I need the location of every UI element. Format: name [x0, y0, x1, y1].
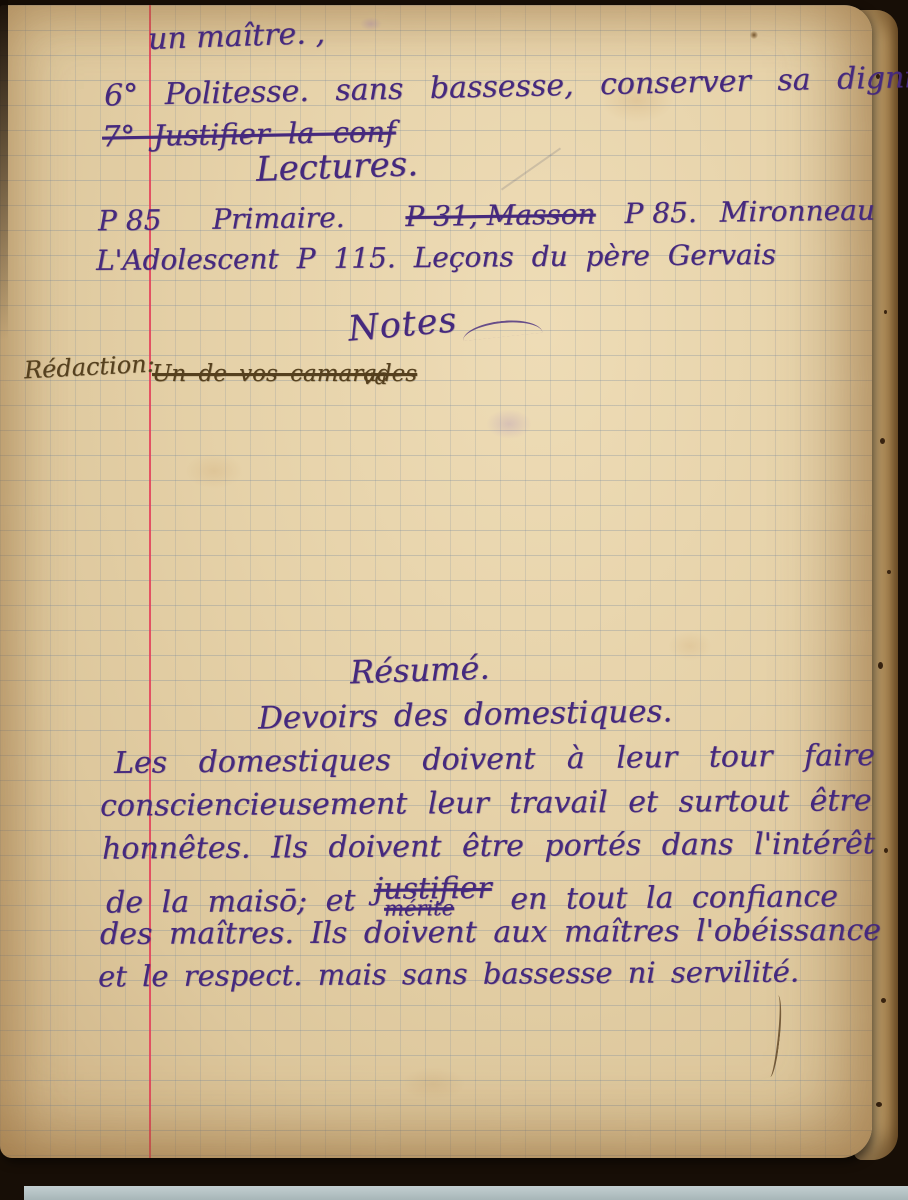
redaction-label: Rédaction:	[23, 350, 155, 385]
lectures-book-name-2: Mironneau	[719, 194, 875, 229]
edge-speck	[887, 570, 891, 574]
resume-body-line-2: consciencieusement leur travail et surto…	[100, 783, 872, 823]
paper-stain	[668, 631, 712, 661]
lectures-entry-2: L'Adolescent P 115. Leçons du père Gerva…	[96, 238, 776, 277]
paper-stain	[400, 1067, 466, 1101]
lectures-title: Lectures.	[255, 144, 418, 190]
resume-body-line-1: Les domestiques doivent à leur tour fair…	[114, 738, 875, 781]
edge-speck	[884, 310, 887, 314]
lectures-book-name: Primaire.	[212, 201, 345, 236]
resume-body-line-5: des maîtres. Ils doivent aux maîtres l'o…	[100, 913, 881, 952]
lectures-page-ref: P 85	[98, 204, 162, 238]
edge-speck	[884, 848, 888, 853]
binding-shadow	[0, 0, 8, 340]
line4-after: en tout la confiance	[510, 879, 838, 917]
ink-smudge	[360, 17, 382, 31]
edge-speck	[878, 662, 883, 669]
line4-correction-stack: justifiermérite	[374, 877, 492, 918]
lectures-struck-ref: P 31, Masson	[405, 197, 596, 233]
notes-title: Notes	[346, 300, 459, 349]
resume-body-line-6: et le respect. mais sans bassesse ni ser…	[98, 955, 799, 994]
resume-body-line-4: de la maisō; et justifiermérite en tout …	[106, 868, 838, 921]
ink-squiggle	[763, 995, 785, 1078]
ink-spot	[750, 31, 758, 39]
edge-speck	[876, 1102, 882, 1107]
edge-speck	[880, 438, 885, 444]
lectures-entry-1: P 85 Primaire. P 31, Masson P 85. Mironn…	[98, 194, 875, 238]
resume-body-line-3: honnêtes. Ils doivent être portés dans l…	[102, 826, 875, 866]
lectures-page-ref-2: P 85.	[624, 196, 697, 230]
resume-subtitle: Devoirs des domestiques.	[258, 693, 673, 736]
resume-title: Résumé.	[349, 649, 490, 692]
notes-flourish	[461, 317, 542, 341]
ink-smudge	[486, 409, 532, 439]
scanned-notebook-photo: un maître. , 6° Politesse. sans bassesse…	[0, 0, 908, 1200]
line-un-maitre: un maître. ,	[147, 16, 325, 57]
notebook-page: un maître. , 6° Politesse. sans bassesse…	[0, 5, 872, 1158]
redaction-tail: va	[362, 365, 388, 390]
edge-speck	[881, 998, 886, 1003]
paper-stain	[185, 453, 243, 489]
line-politesse: 6° Politesse. sans bassesse, conserver s…	[104, 59, 908, 113]
scanner-background-strip	[24, 1186, 908, 1200]
pencil-scratch	[501, 148, 561, 191]
